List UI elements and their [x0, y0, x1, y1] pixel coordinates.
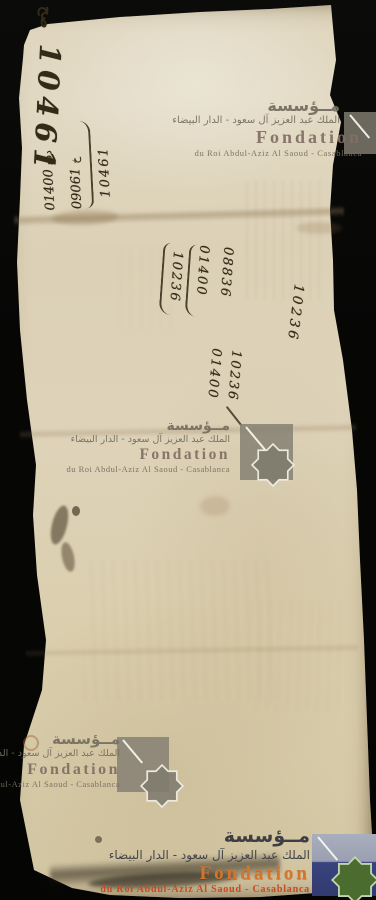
bleed-through-text: [84, 560, 274, 700]
watermark-latin-title: Fondation: [10, 863, 310, 884]
eight-point-star-icon: [139, 763, 185, 809]
sum-line: 01400: [185, 244, 216, 318]
watermark-bottom-color: مــؤسسة الملك عبد العزيز آل سعود - الدار…: [10, 824, 310, 896]
addend-value: 01400: [193, 245, 212, 297]
watermark-latin-title: Fondation: [0, 760, 120, 779]
smudge-stain: [200, 496, 230, 516]
handwritten-check-mark: صح: [34, 5, 58, 38]
watermark-top-right: مــؤسسة الملك عبد العزيز آل سعود - الدار…: [62, 97, 362, 159]
bleed-through-text: [250, 600, 345, 710]
scanned-document-image: صح 10461 01400دفع 09061خ 10461 08836 014…: [0, 0, 376, 900]
sum-total-line: 10236: [159, 242, 190, 316]
eight-point-star-icon: [250, 442, 296, 488]
watermark-latin-subtitle: du Roi Abdul-Aziz Al Saoud - Casablanca: [10, 884, 310, 896]
watermark-middle: مــؤسسة الملك عبد العزيز آل سعود - الدار…: [0, 418, 230, 475]
handwritten-sum-middle: 08836 01400 10236: [161, 243, 238, 320]
watermark-latin-title: Fondation: [62, 127, 362, 148]
watermark-bottom-left: مــؤسسة الملك عبد العزيز آل سعود - الدار…: [0, 730, 120, 790]
watermark-arabic-subtitle: الملك عبد العزيز آل سعود - الدار البيضاء: [0, 434, 230, 446]
watermark-arabic-title: مــؤسسة: [62, 97, 340, 114]
watermark-arabic-title: مــؤسسة: [0, 730, 120, 748]
watermark-latin-subtitle: du Roi Abdul-Aziz Al Saoud - Casablanca: [0, 464, 230, 475]
eight-point-star-icon: [330, 855, 376, 900]
arabic-note: دفع: [43, 150, 55, 165]
check-mark-text: صح: [36, 6, 56, 39]
watermark-latin-subtitle: du Roi Abdul-Aziz Al Saoud - Casablanca: [0, 779, 120, 790]
sum-line: 08836: [210, 246, 239, 319]
handwritten-number-pair: 10236 01400: [200, 347, 245, 412]
watermark-arabic-title: مــؤسسة: [0, 418, 230, 434]
watermark-arabic-subtitle: الملك عبد العزيز آل سعود - الدار البيضاء: [0, 748, 120, 760]
bleed-through-text: [246, 180, 320, 300]
watermark-latin-subtitle: du Roi Abdul-Aziz Al Saoud - Casablanca: [62, 148, 362, 159]
watermark-arabic-subtitle: الملك عبد العزيز آل سعود - الدار البيضاء: [62, 114, 340, 127]
watermark-latin-title: Fondation: [0, 446, 230, 464]
addend-value: 09061: [68, 167, 85, 209]
addend-value: 08836: [217, 246, 236, 298]
addend-value: 01400: [41, 169, 58, 211]
logo-diagonal-line: [122, 739, 143, 763]
total-value: 10236: [166, 251, 185, 303]
ink-stain: [72, 506, 80, 516]
watermark-arabic-title: مــؤسسة: [10, 824, 310, 848]
watermark-arabic-subtitle: الملك عبد العزيز آل سعود - الدار البيضاء: [10, 848, 310, 863]
